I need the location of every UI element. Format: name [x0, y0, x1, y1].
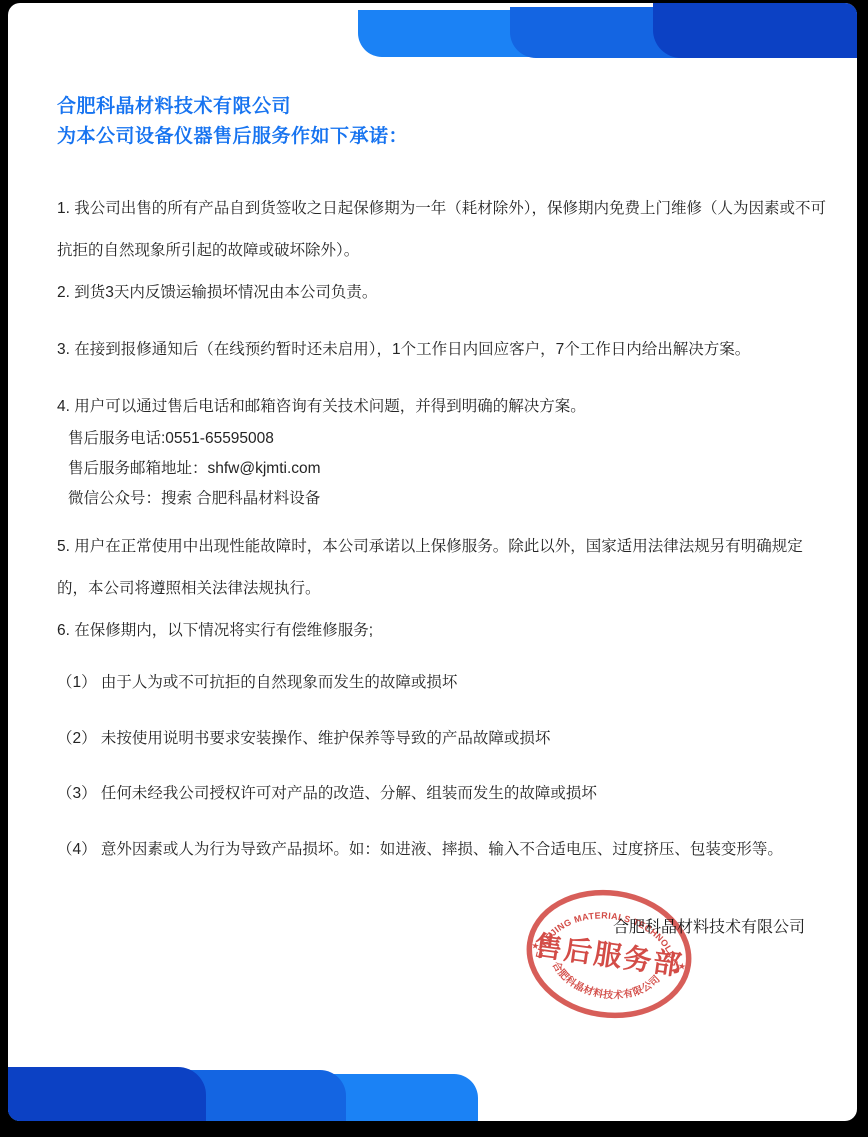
sub-term-4-accidental-damage: （4） 意外因素或人为行为导致产品损坏。如：如进液、摔损、输入不合适电压、过度挤…: [57, 829, 827, 871]
document-page: 合肥科晶材料技术有限公司 为本公司设备仪器售后服务作如下承诺： 1. 我公司出售…: [8, 3, 857, 1121]
commitment-subtitle: 为本公司设备仪器售后服务作如下承诺：: [57, 122, 827, 152]
service-phone: 售后服务电话:0551-65595008: [57, 424, 827, 454]
service-email: 售后服务邮箱地址：shfw@kjmti.com: [57, 454, 827, 484]
term-4-support-channels: 4. 用户可以通过售后电话和邮箱咨询有关技术问题，并得到明确的解决方案。: [57, 386, 827, 428]
document-title: 合肥科晶材料技术有限公司 为本公司设备仪器售后服务作如下承诺：: [57, 92, 827, 152]
term-1-warranty-period: 1. 我公司出售的所有产品自到货签收之日起保修期为一年（耗材除外），保修期内免费…: [57, 188, 827, 272]
signature-company-name: 合肥科晶材料技术有限公司: [57, 913, 827, 943]
sub-term-3-unauthorized-modification: （3） 任何未经我公司授权许可对产品的改造、分解、组装而发生的故障或损坏: [57, 773, 827, 815]
sub-term-2-improper-use: （2） 未按使用说明书要求安装操作、维护保养等导致的产品故障或损坏: [57, 718, 827, 760]
term-5-legal-compliance: 5. 用户在正常使用中出现性能故障时，本公司承诺以上保修服务。除此以外，国家适用…: [57, 526, 827, 610]
term-2-shipping-damage: 2. 到货3天内反馈运输损坏情况由本公司负责。: [57, 272, 827, 314]
sub-term-1-human-damage: （1） 由于人为或不可抗拒的自然现象而发生的故障或损坏: [57, 662, 827, 704]
wechat-account: 微信公众号：搜索 合肥科晶材料设备: [57, 484, 827, 514]
term-3-response-time: 3. 在接到报修通知后（在线预约暂时还未启用），1个工作日内回应客户，7个工作日…: [57, 329, 827, 371]
document-body: 合肥科晶材料技术有限公司 为本公司设备仪器售后服务作如下承诺： 1. 我公司出售…: [8, 3, 857, 1121]
company-name-title: 合肥科晶材料技术有限公司: [57, 92, 827, 122]
contact-info-block: 售后服务电话:0551-65595008 售后服务邮箱地址：shfw@kjmti…: [57, 424, 827, 514]
term-6-paid-repair-intro: 6. 在保修期内，以下情况将实行有偿维修服务;: [57, 610, 827, 652]
